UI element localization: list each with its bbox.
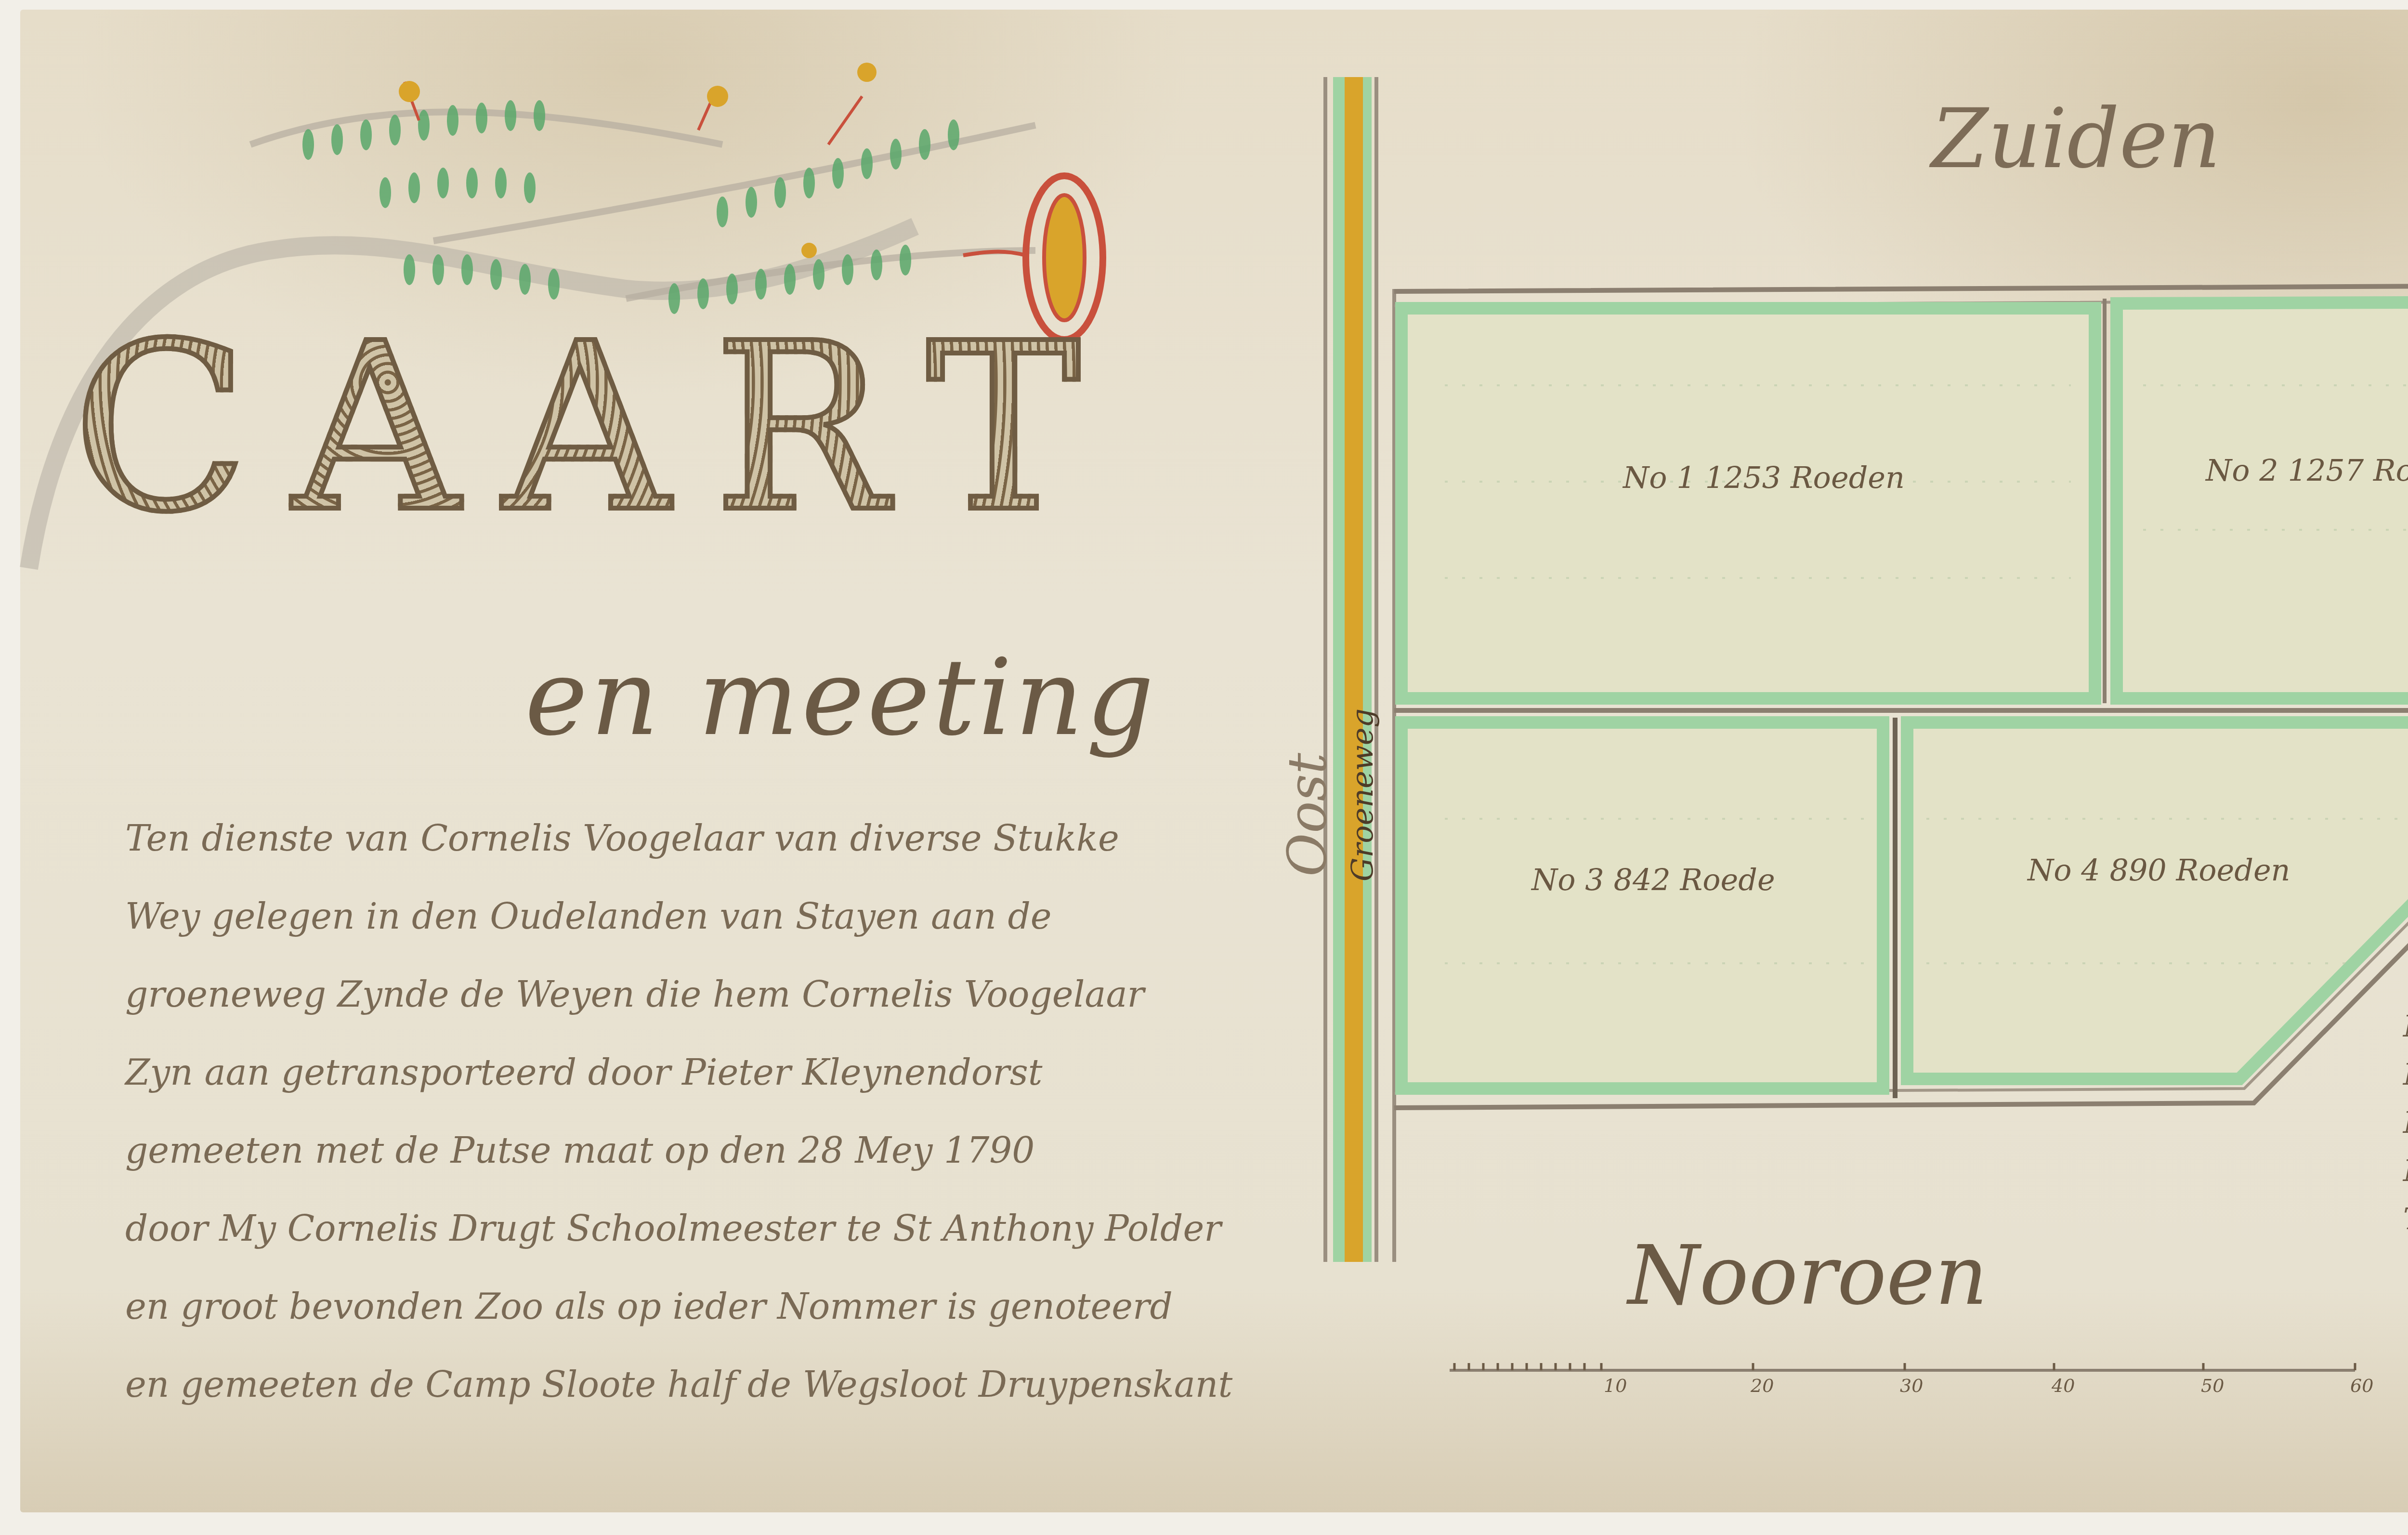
road-label: Groeneweg xyxy=(1345,708,1380,881)
scale-tick-label: 60 xyxy=(2350,1375,2373,1396)
compass-south-label: Zuiden xyxy=(1931,92,2221,187)
scale-bar xyxy=(1450,1363,2355,1370)
scale-tick-label: 50 xyxy=(2201,1375,2224,1396)
parcel-1-label: No 1 1253 Roeden xyxy=(1623,460,1905,495)
parcel-3-label: No 3 842 Roede xyxy=(1531,862,1775,897)
legend-total-row: Te Saamen 4242 of Zeeve morge 42 Roede xyxy=(2403,1194,2408,1243)
scale-tick-label: 10 xyxy=(1604,1375,1627,1396)
scale-tick-label: 40 xyxy=(2052,1375,2075,1396)
compass-east-label: Oost xyxy=(1276,753,1338,877)
road-groeneweg xyxy=(1325,77,1394,1262)
scale-tick-label: 30 xyxy=(1900,1375,1923,1396)
legend-row: No 3 .... 842 of een morgen 242 Roede xyxy=(2403,1098,2408,1146)
compass-north-label: Nooroen xyxy=(1628,1228,1988,1324)
legend-row: No 2 .... 1257 of twee morge 57 Roede xyxy=(2403,1050,2408,1098)
parcel-2-label: No 2 1257 Roeden xyxy=(2206,453,2408,488)
legend-row: No 1 .... 1253 of twee morge 53 Roede xyxy=(2403,1002,2408,1050)
parcel-map xyxy=(0,0,2408,1535)
parcel-4-label: No 4 890 Roeden xyxy=(2028,853,2290,888)
legend-row: No 4 .... 890 of een morgen 290 Roede xyxy=(2403,1146,2408,1194)
area-legend: Heemelsbreed No 1 .... 1253 of twee morg… xyxy=(2403,944,2408,1243)
scale-tick-label: 20 xyxy=(1751,1375,1774,1396)
